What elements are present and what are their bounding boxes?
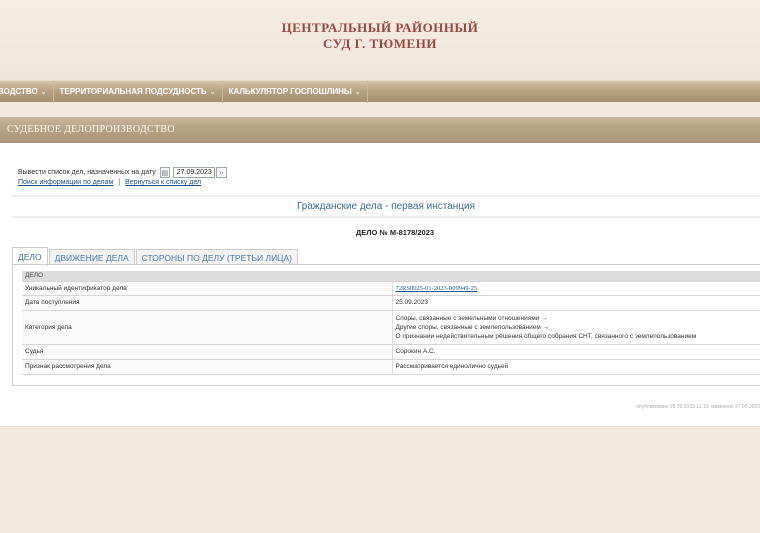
publication-info: опубликовано 28.09.2023 11:13, изменено … bbox=[636, 404, 760, 410]
court-name-line2: СУД Г. ТЮМЕНИ bbox=[0, 36, 760, 52]
row-label: Категория дела bbox=[22, 310, 392, 344]
go-button[interactable]: » bbox=[216, 167, 227, 178]
category-line: Другие споры, связанные с землепользован… bbox=[396, 323, 760, 332]
section-bar: СУДЕБНОЕ ДЕЛОПРОИЗВОДСТВО bbox=[0, 117, 760, 143]
page: ЦЕНТРАЛЬНЫЙ РАЙОННЫЙ СУД Г. ТЮМЕНИ ВОДСТ… bbox=[0, 0, 760, 533]
category-title: Гражданские дела - первая инстанция bbox=[12, 197, 760, 216]
chevron-down-icon: ⌄ bbox=[355, 88, 361, 96]
row-value: Споры, связанные с земельными отношениям… bbox=[392, 310, 760, 344]
nav-item-jurisdiction[interactable]: ТЕРРИТОРИАЛЬНАЯ ПОДСУДНОСТЬ ⌄ bbox=[54, 81, 223, 103]
table-header: ДЕЛО bbox=[22, 271, 760, 281]
case-tabs: ДЕЛО ДВИЖЕНИЕ ДЕЛА СТОРОНЫ ПО ДЕЛУ (ТРЕТ… bbox=[12, 245, 299, 265]
row-value: Рассматривается единолично судьей bbox=[392, 359, 760, 374]
main-nav: ВОДСТВО ⌄ ТЕРРИТОРИАЛЬНАЯ ПОДСУДНОСТЬ ⌄ … bbox=[0, 80, 760, 102]
date-input[interactable] bbox=[173, 167, 215, 178]
chevron-down-icon: ⌄ bbox=[210, 88, 216, 96]
court-name-line1: ЦЕНТРАЛЬНЫЙ РАЙОННЫЙ bbox=[0, 20, 760, 36]
nav-item-fee-calculator[interactable]: КАЛЬКУЛЯТОР ГОСПОШЛИНЫ ⌄ bbox=[223, 81, 368, 103]
nav-item-label: КАЛЬКУЛЯТОР ГОСПОШЛИНЫ bbox=[229, 87, 352, 96]
date-filter-label: Вывести список дел, назначенных на дату bbox=[18, 169, 156, 176]
row-value: 25.09.2023 bbox=[392, 295, 760, 310]
search-cases-link[interactable]: Поиск информации по делам bbox=[18, 179, 113, 186]
tab-case-movement[interactable]: ДВИЖЕНИЕ ДЕЛА bbox=[49, 249, 135, 265]
date-filter: Вывести список дел, назначенных на дату … bbox=[18, 167, 227, 178]
section-title: СУДЕБНОЕ ДЕЛОПРОИЗВОДСТВО bbox=[7, 124, 175, 135]
footer bbox=[0, 426, 760, 533]
table-header-row: ДЕЛО bbox=[22, 271, 760, 281]
nav-item-proceedings[interactable]: ВОДСТВО ⌄ bbox=[0, 81, 54, 103]
back-to-list-link[interactable]: Вернуться к списку дел bbox=[125, 179, 201, 186]
category-line: Споры, связанные с земельными отношениям… bbox=[396, 314, 760, 323]
row-label: Судья bbox=[22, 344, 392, 359]
table-row: Судья Сорокин А.С. bbox=[22, 344, 760, 359]
row-label: Уникальный идентификатор дела bbox=[22, 281, 392, 295]
chevron-down-icon: ⌄ bbox=[41, 88, 47, 96]
nav-item-label: ВОДСТВО bbox=[0, 87, 38, 96]
links-row: Поиск информации по делам | Вернуться к … bbox=[18, 179, 201, 186]
table-row: Признак рассмотрения дела Рассматриваетс… bbox=[22, 359, 760, 374]
case-table: ДЕЛО Уникальный идентификатор дела 72RS0… bbox=[22, 271, 760, 375]
row-value: 72RS0025-01-2023-009949-25 bbox=[392, 281, 760, 295]
case-panel: ДЕЛО Уникальный идентификатор дела 72RS0… bbox=[12, 265, 760, 386]
category-header: Гражданские дела - первая инстанция bbox=[12, 195, 760, 218]
main-content: Вывести список дел, назначенных на дату … bbox=[0, 143, 760, 426]
case-number: ДЕЛО № М-8178/2023 bbox=[0, 228, 760, 237]
calendar-icon[interactable]: ▤ bbox=[160, 167, 170, 178]
row-value: Сорокин А.С. bbox=[392, 344, 760, 359]
table-row: Уникальный идентификатор дела 72RS0025-0… bbox=[22, 281, 760, 295]
table-row: Дата поступления 25.09.2023 bbox=[22, 295, 760, 310]
row-label: Признак рассмотрения дела bbox=[22, 359, 392, 374]
table-row: Категория дела Споры, связанные с земель… bbox=[22, 310, 760, 344]
nav-item-label: ТЕРРИТОРИАЛЬНАЯ ПОДСУДНОСТЬ bbox=[60, 87, 207, 96]
link-separator: | bbox=[118, 179, 120, 186]
tab-parties[interactable]: СТОРОНЫ ПО ДЕЛУ (ТРЕТЬИ ЛИЦА) bbox=[136, 249, 298, 265]
category-line: О признании недействительным решения общ… bbox=[396, 332, 760, 341]
court-name: ЦЕНТРАЛЬНЫЙ РАЙОННЫЙ СУД Г. ТЮМЕНИ bbox=[0, 20, 760, 52]
case-uid-link[interactable]: 72RS0025-01-2023-009949-25 bbox=[396, 285, 478, 292]
site-header: ЦЕНТРАЛЬНЫЙ РАЙОННЫЙ СУД Г. ТЮМЕНИ bbox=[0, 0, 760, 80]
row-label: Дата поступления bbox=[22, 295, 392, 310]
